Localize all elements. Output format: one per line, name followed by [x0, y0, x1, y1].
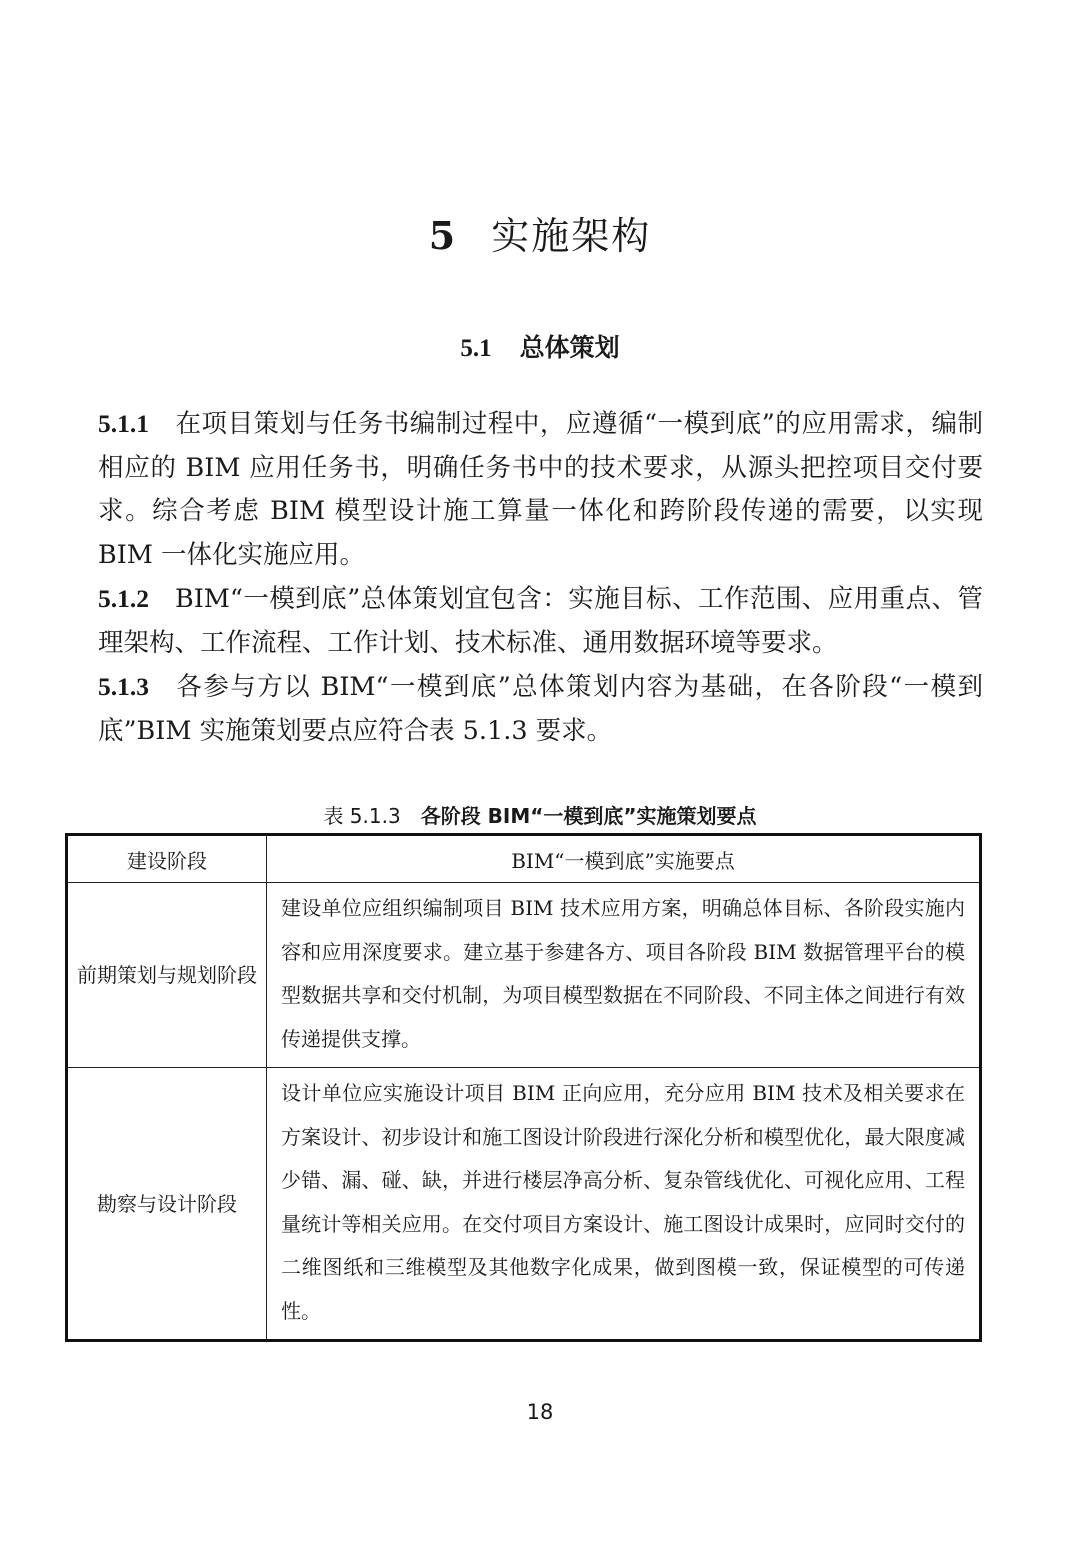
table-row: 前期策划与规划阶段 建设单位应组织编制项目 BIM 技术应用方案，明确总体目标、…	[67, 883, 981, 1068]
table-caption-title: 各阶段 BIM“一模到底”实施策划要点	[421, 804, 757, 828]
chapter-title-text: 实施架构	[491, 214, 651, 258]
page-number: 18	[0, 1400, 1080, 1424]
content-cell: 建设单位应组织编制项目 BIM 技术应用方案，明确总体目标、各阶段实施内容和应用…	[267, 883, 981, 1068]
body-text: 5.1.1在项目策划与任务书编制过程中，应遵循“一模到底”的应用需求，编制相应的…	[98, 402, 983, 753]
chapter-title: 5实施架构	[0, 210, 1080, 262]
paragraph-text: 在项目策划与任务书编制过程中，应遵循“一模到底”的应用需求，编制相应的 BIM …	[98, 409, 983, 570]
section-title-text: 总体策划	[520, 333, 620, 362]
paragraph-text: 各参与方以 BIM“一模到底”总体策划内容为基础，在各阶段“一模到底”BIM 实…	[98, 672, 983, 746]
header-content: BIM“一模到底”实施要点	[267, 835, 981, 883]
paragraph-5-1-2: 5.1.2BIM“一模到底”总体策划宜包含：实施目标、工作范围、应用重点、管理架…	[98, 577, 983, 665]
requirements-table: 建设阶段 BIM“一模到底”实施要点 前期策划与规划阶段 建设单位应组织编制项目…	[65, 833, 982, 1342]
table-caption-number: 表 5.1.3	[323, 804, 400, 828]
paragraph-text: BIM“一模到底”总体策划宜包含：实施目标、工作范围、应用重点、管理架构、工作流…	[98, 584, 983, 658]
stage-cell: 勘察与设计阶段	[67, 1068, 267, 1341]
paragraph-number: 5.1.3	[98, 672, 149, 701]
content-cell: 设计单位应实施设计项目 BIM 正向应用，充分应用 BIM 技术及相关要求在方案…	[267, 1068, 981, 1341]
section-number: 5.1	[460, 335, 491, 362]
paragraph-5-1-1: 5.1.1在项目策划与任务书编制过程中，应遵循“一模到底”的应用需求，编制相应的…	[98, 402, 983, 577]
table-row: 勘察与设计阶段 设计单位应实施设计项目 BIM 正向应用，充分应用 BIM 技术…	[67, 1068, 981, 1341]
chapter-number: 5	[429, 213, 457, 258]
section-title: 5.1总体策划	[0, 328, 1080, 369]
stage-cell: 前期策划与规划阶段	[67, 883, 267, 1068]
table-caption: 表 5.1.3各阶段 BIM“一模到底”实施策划要点	[0, 800, 1080, 832]
paragraph-number: 5.1.1	[98, 409, 149, 438]
header-stage: 建设阶段	[67, 835, 267, 883]
table-header-row: 建设阶段 BIM“一模到底”实施要点	[67, 835, 981, 883]
paragraph-number: 5.1.2	[98, 584, 149, 613]
paragraph-5-1-3: 5.1.3各参与方以 BIM“一模到底”总体策划内容为基础，在各阶段“一模到底”…	[98, 665, 983, 753]
